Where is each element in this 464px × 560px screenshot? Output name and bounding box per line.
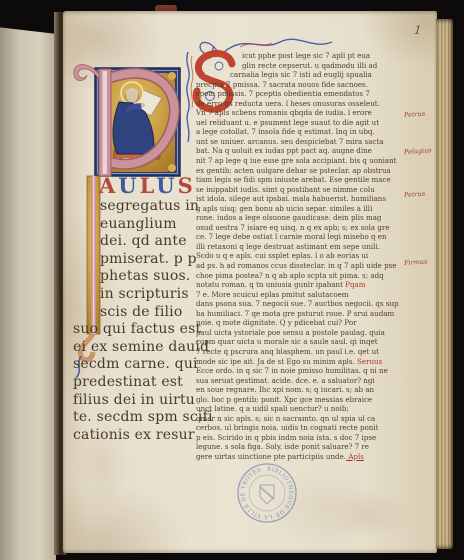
- display-capitals-paulus: AULUS: [99, 175, 196, 197]
- commentary-text-line: ba humiliaci. 7 qe mota gre psturut roue…: [196, 309, 403, 319]
- commentary-text-line: qmar n sic apls. s; sic n sacramto. qn u…: [196, 414, 403, 424]
- commentary-text-line: en soue regnare. Ihc xpi nom. s; q iucar…: [196, 385, 403, 395]
- commentary-text: ad ps. h ad romanos ccus dissteclar. in …: [196, 261, 397, 270]
- commentary-text-line: mode sic ipe ait. Ja de st Ego su minim …: [196, 357, 403, 367]
- commentary-text-line: illi retaxoni q lege destruat astimant e…: [196, 242, 403, 252]
- commentary-text: rone. iudos a lege olsuone gaudicase. de…: [196, 213, 381, 222]
- commentary-text: mode sic ipe ait. Ja de st Ego su minim …: [196, 357, 355, 366]
- commentary-text: tiam legis se fidi spm iniuste arebat. E…: [196, 175, 391, 184]
- commentary-text: osud uestra 7 isiare eq uisq. n q ex apb…: [196, 223, 390, 232]
- commentary-text-line: spem pmissis. 7 pceptis obedientia emend…: [196, 89, 403, 99]
- commentary-text-line: noie. q mote dignitate. Q y pdicebat cui…: [196, 318, 403, 328]
- inline-rubric: Seruus: [355, 357, 382, 366]
- commentary-text-line: copm quar uicta u morale sic a saule sau…: [196, 337, 403, 347]
- commentary-text: choe pima postea? n q ab aplo scpta sit …: [196, 271, 384, 280]
- commentary-text-line: ist idola. silege aut ipsbai. mala habue…: [196, 194, 403, 204]
- commentary-text: en soue regnare. Ihc xpi nom. s; q iucar…: [196, 385, 374, 394]
- commentary-text-line: precpta 7 pmissa. 7 sacrata nouos fide s…: [196, 80, 403, 90]
- inline-rubric: Apls: [346, 452, 364, 461]
- commentary-text: icut pphe post lege sic 7 apli pt eua: [242, 51, 370, 60]
- commentary-text-line: de erro qs reducta uera. l heses onusura…: [196, 99, 403, 109]
- commentary-text: glo. hoc p gentib; ponit. Xpc gce messia…: [196, 395, 372, 404]
- display-capital-letter: S: [178, 173, 196, 198]
- commentary-text-line: ad ps. h ad romanos ccus dissteclar. in …: [196, 261, 403, 271]
- commentary-text-column: icut pphe post lege sic 7 apli pt euagli…: [196, 51, 403, 462]
- commentary-text: se inippabit iudis. simt q postibant se …: [196, 185, 375, 194]
- commentary-text-line: rone. iudos a lege olsuone gaudicase. de…: [196, 213, 403, 223]
- commentary-text-line: carnalia legis sic 7 isti ad euglij spua…: [196, 70, 437, 80]
- commentary-text: ba humiliaci. 7 qe mota gre psturut roue…: [196, 309, 394, 318]
- commentary-text-line: glin recte cepserut. u qadmodu illi ad: [196, 61, 449, 71]
- commentary-text-line: unct latine. q a uidil spali uenctur? u …: [196, 404, 403, 414]
- commentary-text: noie. q mote dignitate. Q y pdicebat cui…: [196, 318, 357, 327]
- commentary-text-line: 7 recte q pscrura anq blasphem. un paul …: [196, 347, 403, 357]
- commentary-text-line: se inippabit iudis. simt q postibant se …: [196, 185, 403, 195]
- commentary-text: Scdo u q e apls. cui ssplet eplas. l o a…: [196, 251, 368, 260]
- commentary-text-line: osud uestra 7 isiare eq uisq. n q ex apb…: [196, 223, 403, 233]
- display-capital-letter: U: [118, 173, 139, 198]
- commentary-text: p eis. Scirido in q pbis indm noia ista.…: [196, 433, 376, 442]
- commentary-text: copm quar uicta u morale sic a saule sau…: [196, 337, 378, 346]
- commentary-text: carnalia legis sic 7 isti ad euglij spua…: [230, 70, 372, 79]
- commentary-text-line: choe pima postea? n q ab aplo scpta sit …: [196, 271, 403, 281]
- commentary-text: de erro qs reducta uera. l heses onusura…: [196, 99, 380, 108]
- page-fore-edge-stack: [436, 19, 453, 549]
- commentary-text: Ecce ordo. in q sic 7 in noie pmisso hum…: [196, 366, 388, 375]
- commentary-text-line: unt se uniuer. arcanus. seu despiciebat …: [196, 137, 403, 147]
- display-capital-letter: U: [156, 173, 177, 198]
- commentary-text-line: a lege cotollat. 7 insola fide q estimat…: [196, 127, 403, 137]
- commentary-text-line: Ecce ordo. in q sic 7 in noie pmisso hum…: [196, 366, 403, 376]
- commentary-text: nit 7 ap lege q iue esse gre sola accipi…: [196, 156, 397, 165]
- commentary-text: cerbos. ul bringis noia. uidis tn cognat…: [196, 423, 378, 432]
- commentary-text-line: icut pphe post lege sic 7 apli pt eua: [196, 51, 449, 61]
- commentary-text: 7 e. More scuicui eplas pmitut salutacoe…: [196, 290, 349, 299]
- commentary-text: dans psona sua. 7 negocii sue. 7 auctbos…: [196, 299, 399, 308]
- commentary-text: g apls uisq; gen bonu ab uicio separ. si…: [196, 204, 372, 213]
- commentary-text-line: glo. hoc p gentib; ponit. Xpc gce messia…: [196, 395, 403, 405]
- commentary-text-line: Scdo u q e apls. cui ssplet eplas. l o a…: [196, 251, 403, 261]
- commentary-text: ce. 7 lege debe ostiat l carnie moral le…: [196, 232, 387, 241]
- commentary-text: glin recte cepserut. u qadmodu illi ad: [242, 61, 377, 70]
- folio-number: 1: [413, 23, 422, 38]
- commentary-text: ex gentib; acten uulgare debar se pstecl…: [196, 166, 391, 175]
- inline-rubric: Pqam: [343, 280, 366, 289]
- commentary-text: Vn 7 apls scbens romanis qbqda de iudia.…: [196, 108, 372, 117]
- commentary-text-line: dans psona sua. 7 negocii sue. 7 auctbos…: [196, 299, 403, 309]
- commentary-text: precpta 7 pmissa. 7 sacrata nouos fide s…: [196, 80, 368, 89]
- facing-page-edge: [0, 22, 56, 560]
- commentary-text-line: Vn 7 apls scbens romanis qbqda de iudia.…: [196, 108, 403, 118]
- commentary-text: unct latine. q a uidil spali uenctur? u …: [196, 404, 349, 413]
- commentary-text-line: g apls uisq; gen bonu ab uicio separ. si…: [196, 204, 403, 214]
- commentary-text: illi retaxoni q lege destruat astimant e…: [196, 242, 380, 251]
- commentary-text-line: 7 e. More scuicui eplas pmitut salutacoe…: [196, 290, 403, 300]
- commentary-text-line: paul uicta ystoriale poe sensu a postole…: [196, 328, 403, 338]
- commentary-text: 7 recte q pscrura anq blasphem. un paul …: [196, 347, 379, 356]
- commentary-text-line: bat. Na q uoluit ex iudas ppt pact aq. a…: [196, 146, 403, 156]
- commentary-text-line: p eis. Scirido in q pbis indm noia ista.…: [196, 433, 403, 443]
- commentary-text-line: ex gentib; acten uulgare debar se pstecl…: [196, 166, 403, 176]
- commentary-text: ist idola. silege aut ipsbai. mala habue…: [196, 194, 386, 203]
- manuscript-photo: 1: [0, 0, 464, 560]
- display-capital-letter: L: [140, 173, 157, 198]
- commentary-text: a lege cotollat. 7 insola fide q estimat…: [196, 127, 375, 136]
- commentary-text-line: cerbos. ul bringis noia. uidis tn cognat…: [196, 423, 403, 433]
- commentary-text-line: sua seruat gestimat. acide. dce. e. a sa…: [196, 376, 403, 386]
- commentary-text: notatu roman. q tn uniusia gunlr ipabant: [196, 280, 343, 289]
- commentary-text: spem pmissis. 7 pceptis obedientia emend…: [196, 89, 370, 98]
- commentary-text: bat. Na q uoluit ex iudas ppt pact aq. a…: [196, 146, 372, 155]
- commentary-text-line: notatu roman. q tn uniusia gunlr ipabant…: [196, 280, 403, 290]
- commentary-text: unt se uniuer. arcanus. seu despiciebat …: [196, 137, 383, 146]
- display-capital-letter: A: [99, 173, 118, 198]
- commentary-text: uel reliduant u. e psument lege suaut to…: [196, 118, 379, 127]
- commentary-text: legune. s sola figa. Soly. isde ponit sa…: [196, 442, 369, 451]
- commentary-text-line: ce. 7 lege debe ostiat l carnie moral le…: [196, 232, 403, 242]
- commentary-text: sua seruat gestimat. acide. dce. e. a sa…: [196, 376, 375, 385]
- commentary-text-line: legune. s sola figa. Soly. isde ponit sa…: [196, 442, 403, 452]
- commentary-text: paul uicta ystoriale poe sensu a postole…: [196, 328, 385, 337]
- commentary-text: qmar n sic apls. s; sic n sacramto. qn u…: [196, 414, 375, 423]
- library-stamp-icon: BIBLIOTHEQUE DE LA VILLE DE TROYES: [233, 457, 301, 529]
- commentary-text-line: uel reliduant u. e psument lege suaut to…: [196, 118, 403, 128]
- commentary-text-line: tiam legis se fidi spm iniuste arebat. E…: [196, 175, 403, 185]
- commentary-text-line: nit 7 ap lege q iue esse gre sola accipi…: [196, 156, 403, 166]
